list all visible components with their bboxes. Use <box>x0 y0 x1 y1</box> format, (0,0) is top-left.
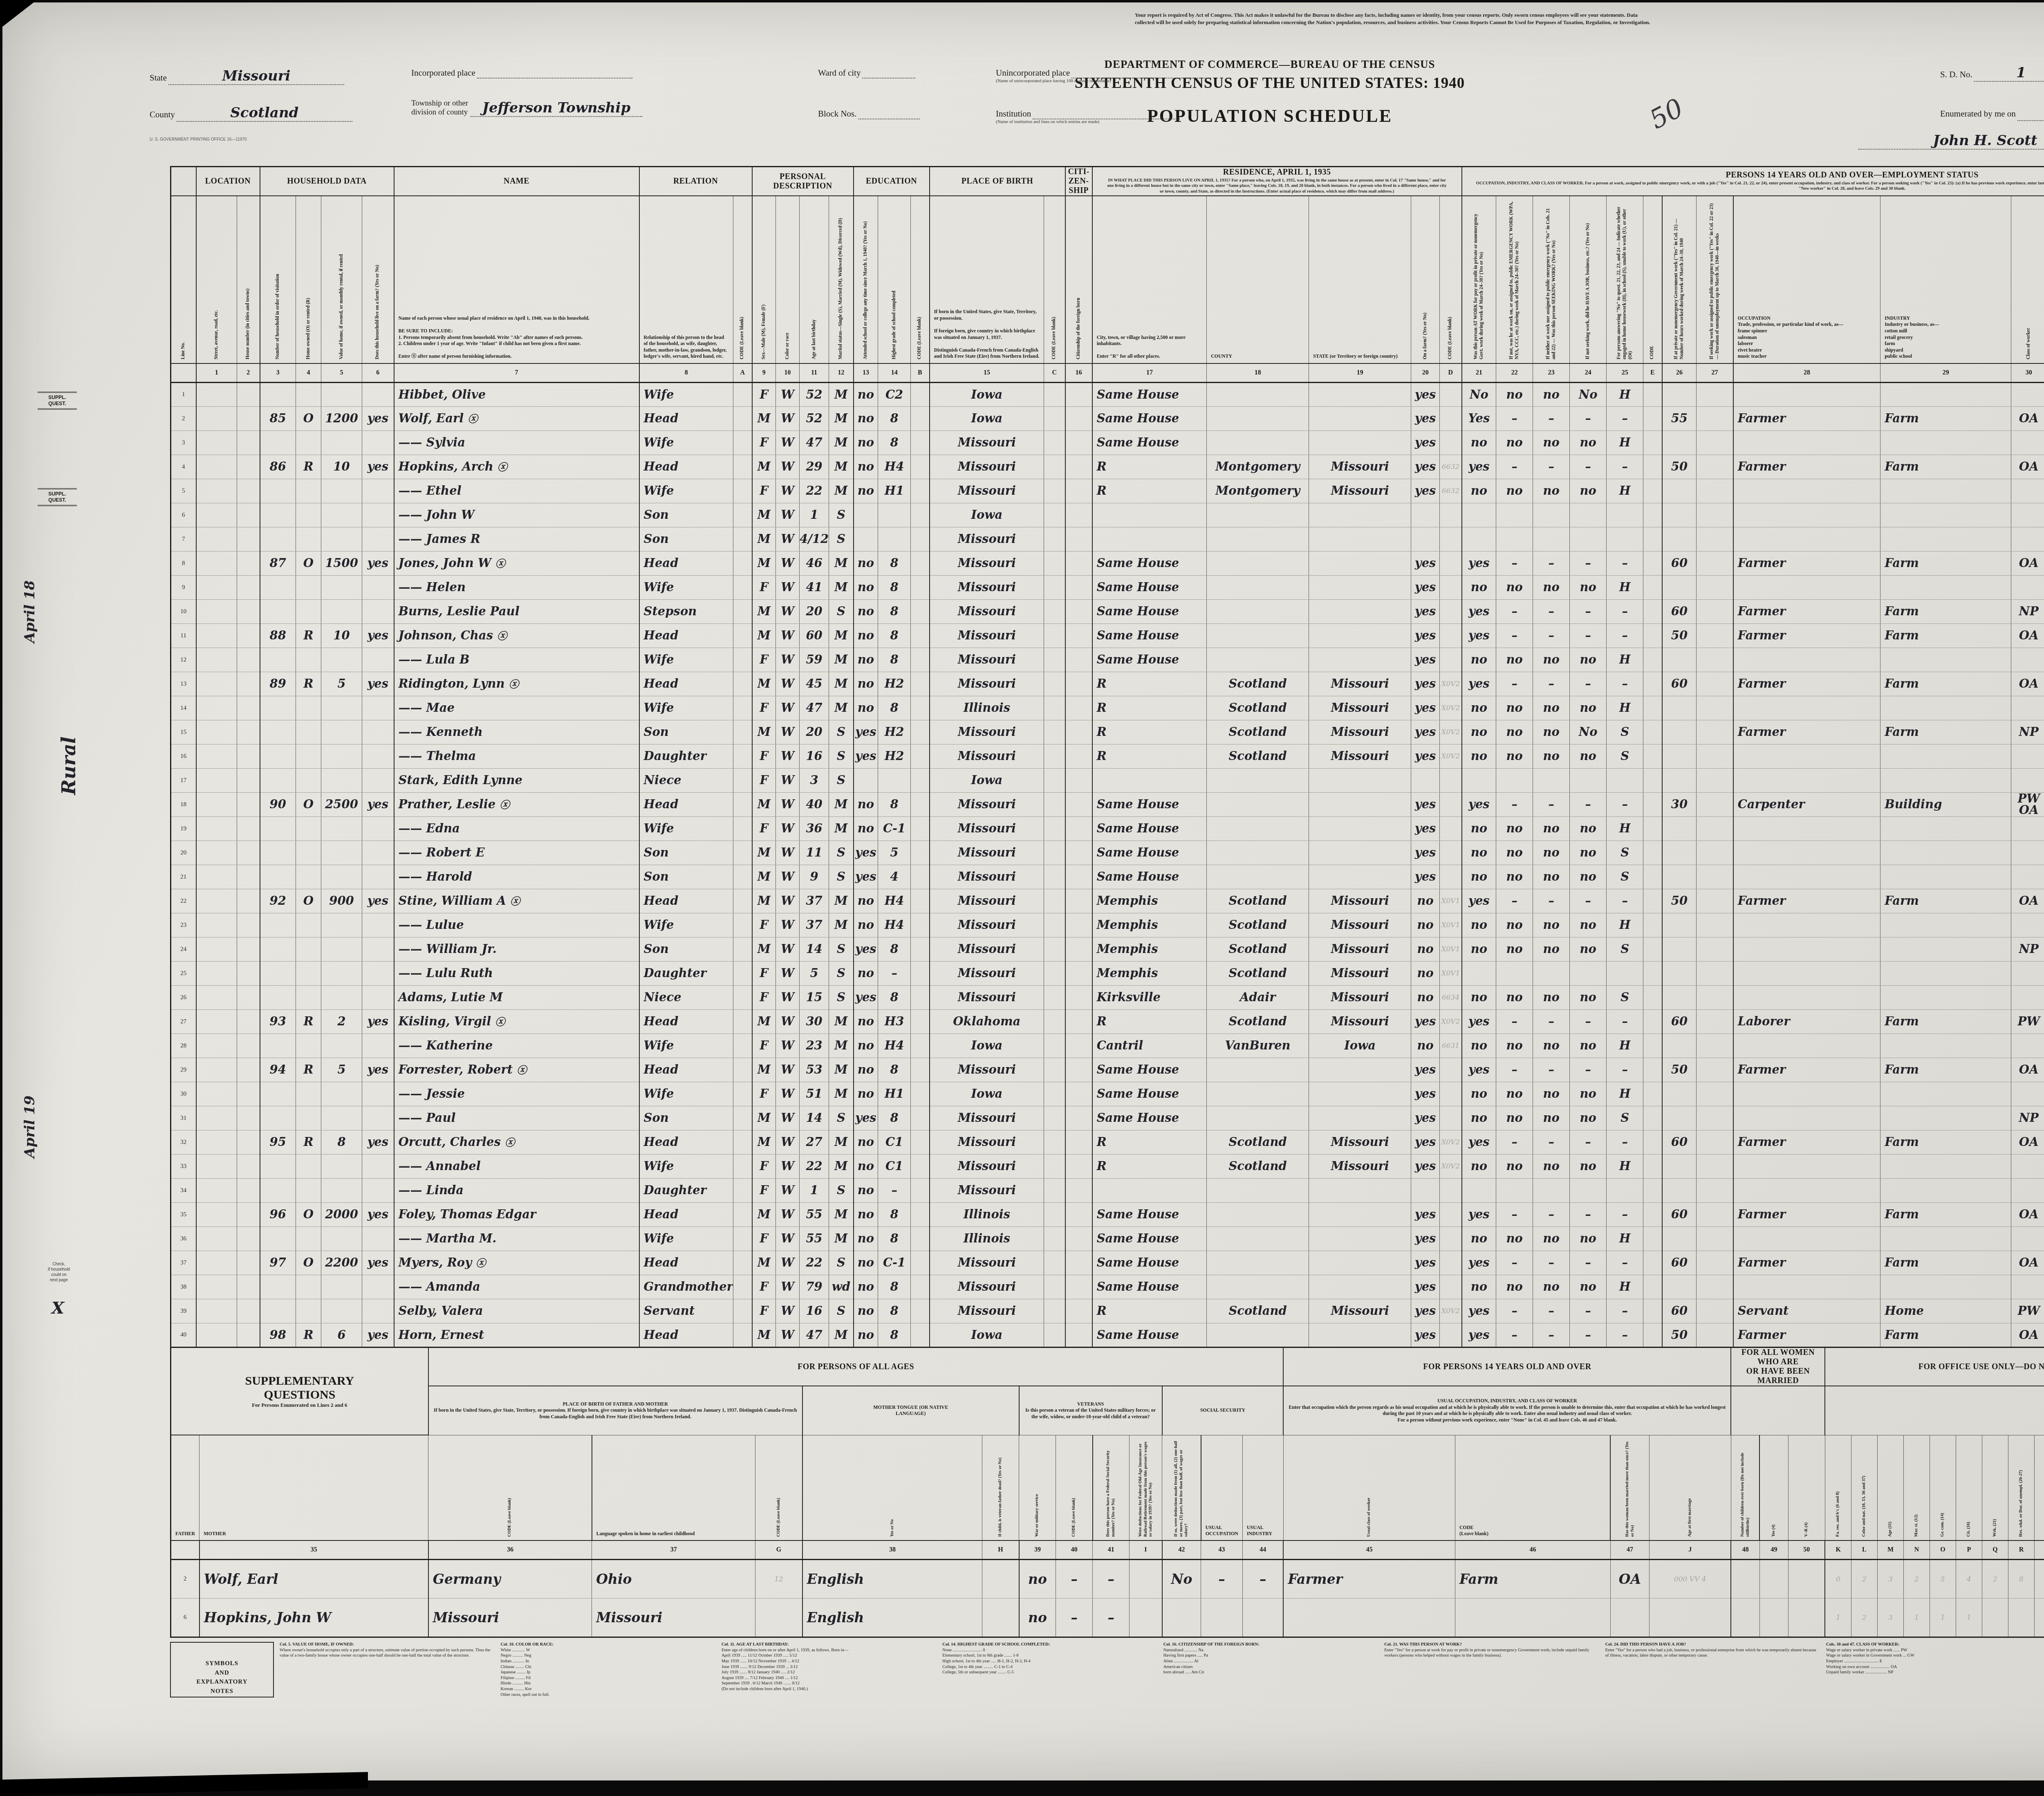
cell-ln: 33 <box>171 1155 196 1179</box>
cell-mar: S <box>829 865 854 889</box>
cell-rf: yes <box>1411 1082 1440 1106</box>
cell-age: 14 <box>800 1106 829 1130</box>
cell-w23: no <box>1533 431 1570 455</box>
cell-mar: M <box>829 455 854 479</box>
handwritten-entry: no <box>854 1257 878 1269</box>
cell-race: W <box>776 407 800 431</box>
cell-w24 <box>1570 503 1607 527</box>
cell-sex: F <box>752 696 776 720</box>
table-row: 1890O2500yesPrather, Leslie ⓧHeadMW40Mno… <box>171 793 2044 817</box>
handwritten-entry: 26 <box>171 994 196 1001</box>
cell-w22 <box>1496 527 1533 552</box>
handwritten-entry: Farm <box>1880 678 2011 690</box>
cell-ten <box>296 1106 321 1130</box>
group-header: PLACE OF BIRTH <box>930 167 1065 196</box>
handwritten-entry: OA <box>2011 1064 2044 1076</box>
cell-M: 3 <box>1877 1599 1903 1637</box>
handwritten-entry: H <box>1607 1040 1643 1052</box>
handwritten-entry: Farm <box>1880 1137 2011 1148</box>
cell-cE <box>1643 1034 1662 1058</box>
handwritten-entry: Missouri <box>930 485 1044 497</box>
check-note: Check, if household could on next page <box>42 1262 76 1283</box>
cell-cC <box>1044 817 1065 841</box>
cell-cA <box>733 1106 752 1130</box>
cell-w21: no <box>1462 841 1496 865</box>
cell-gr: 8 <box>878 648 911 672</box>
handwritten-entry: 22 <box>171 898 196 905</box>
col-caption-w24: If not seeking work, did he HAVE A JOB, … <box>1570 196 1607 363</box>
cell-house <box>237 962 260 986</box>
cell-occ: Farmer <box>1733 600 1880 624</box>
cell-fm <box>362 503 394 527</box>
cell-v41: – <box>1093 1560 1130 1599</box>
col-caption-cB: CODE (Leave blank) <box>911 196 930 363</box>
cell-hr: 55 <box>1662 407 1697 431</box>
handwritten-entry: no <box>1570 1088 1606 1100</box>
handwritten-entry: 95 <box>260 1137 296 1148</box>
cell-w21: yes <box>1462 552 1496 576</box>
cell-w48 <box>1731 1560 1759 1599</box>
cell-rp: R <box>1092 672 1207 696</box>
cell-cC <box>1044 1203 1065 1227</box>
cell-w25: S <box>1607 841 1643 865</box>
cell-cit <box>1065 1227 1092 1251</box>
cell-fm <box>362 962 394 986</box>
handwritten-entry: 22 <box>800 1257 829 1269</box>
cell-cls <box>2011 1227 2044 1251</box>
cell-w21: no <box>1462 937 1496 962</box>
cell-mar: M <box>829 431 854 455</box>
cell-rp: R <box>1092 455 1207 479</box>
cell-s42 <box>1162 1599 1201 1637</box>
col-number-P: P <box>1956 1540 1982 1560</box>
handwritten-entry: yes <box>1411 654 1439 666</box>
col-caption-cE: CODE <box>1643 196 1662 363</box>
cell-cA <box>733 1323 752 1348</box>
cell-cB <box>911 696 930 720</box>
handwritten-entry: no <box>1533 654 1569 666</box>
cell-cD: 6634 <box>1440 986 1462 1010</box>
cell-sex: M <box>752 720 776 744</box>
cell-ln: 15 <box>171 720 196 744</box>
handwritten-entry: 9 <box>800 871 829 883</box>
cell-ind: Farm <box>1880 672 2011 696</box>
note-column: Col. 14. HIGHEST GRADE OF SCHOOL COMPLET… <box>942 1642 1157 1697</box>
cell-cD <box>1440 1106 1462 1130</box>
handwritten-entry: 4 <box>171 464 196 471</box>
group-header: HOUSEHOLD DATA <box>260 167 394 196</box>
cell-rs: Missouri <box>1309 1155 1411 1179</box>
col-caption-val: Value of home, if owned, or monthly rent… <box>321 196 362 363</box>
cell-ind <box>1880 1227 2011 1251</box>
cell-un <box>1697 1058 1733 1082</box>
cell-rs: Missouri <box>1309 937 1411 962</box>
cell-w24 <box>1570 769 1607 793</box>
handwritten-entry: no <box>1570 871 1606 883</box>
cell-val <box>321 1082 362 1106</box>
cell-w21 <box>1462 527 1496 552</box>
handwritten-entry: Grandmother <box>640 1281 733 1293</box>
cell-w24: – <box>1570 1010 1607 1034</box>
cell-rel: Head <box>639 1010 733 1034</box>
cell-pob: Missouri <box>930 648 1044 672</box>
cell-fm: yes <box>362 1010 394 1034</box>
cell-street <box>196 407 237 431</box>
handwritten-entry: no <box>1496 871 1533 883</box>
cell-mar: M <box>829 889 854 913</box>
cell-fm <box>362 1106 394 1130</box>
cell-rs: Missouri <box>1309 986 1411 1010</box>
group-header: CITI- ZEN- SHIP <box>1065 167 1092 196</box>
cell-name: —— Thelma <box>394 744 639 769</box>
handwritten-entry: yes <box>1411 1233 1439 1244</box>
handwritten-entry: OA <box>2011 1257 2044 1269</box>
col-number-ln <box>171 1540 199 1560</box>
handwritten-entry: yes <box>1411 1281 1439 1293</box>
handwritten-entry: Missouri <box>930 582 1044 593</box>
cell-sch <box>854 527 878 552</box>
cell-rel: Daughter <box>639 962 733 986</box>
handwritten-entry: Same House <box>1093 1281 1207 1293</box>
cell-rf: yes <box>1411 1106 1440 1130</box>
cell-rp: R <box>1092 744 1207 769</box>
cell-rp: R <box>1092 696 1207 720</box>
handwritten-entry: 6 <box>171 1614 199 1621</box>
handwritten-entry: no <box>1020 1573 1056 1585</box>
handwritten-entry: Scotland <box>1207 968 1309 979</box>
cell-ln: 38 <box>171 1275 196 1299</box>
cell-ln: 31 <box>171 1106 196 1130</box>
col-caption-w21: Was this person AT WORK for pay or profi… <box>1462 196 1496 363</box>
cell-ind: Farm <box>1880 552 2011 576</box>
handwritten-entry: yes <box>1462 799 1496 810</box>
pencil-code: 6632 <box>1440 487 1461 495</box>
handwritten-entry: Missouri <box>1309 1161 1411 1172</box>
cell-sex: F <box>752 1227 776 1251</box>
handwritten-entry: no <box>1496 847 1533 859</box>
cell-rf: yes <box>1411 1130 1440 1155</box>
cell-rc: Scotland <box>1207 1130 1309 1155</box>
cell-rs <box>1309 1203 1411 1227</box>
handwritten-entry: F <box>753 968 776 979</box>
cell-lang: English <box>802 1599 982 1637</box>
cell-pob: Illinois <box>930 1227 1044 1251</box>
cell-rel: Wife <box>639 479 733 503</box>
col-caption-v41: War or military service <box>1019 1435 1056 1540</box>
handwritten-entry: Same House <box>1093 871 1207 883</box>
cell-hh <box>260 1155 296 1179</box>
cell-cls <box>2011 744 2044 769</box>
cell-ln: 26 <box>171 986 196 1010</box>
cell-age: 37 <box>800 913 829 937</box>
cell-val <box>321 1106 362 1130</box>
handwritten-entry: yes <box>1411 1330 1439 1341</box>
handwritten-entry: 46 <box>800 558 829 569</box>
handwritten-entry: 8 <box>878 630 910 641</box>
handwritten-entry: NP <box>2011 606 2044 617</box>
cell-cE <box>1643 407 1662 431</box>
cell-w49 <box>1759 1599 1788 1637</box>
cell-name: Johnson, Chas ⓧ <box>394 624 639 648</box>
cell-ln: 25 <box>171 962 196 986</box>
cell-cC <box>1044 648 1065 672</box>
handwritten-entry: Jones, John W ⓧ <box>394 558 639 569</box>
pencil-code: 0 <box>1825 1575 1851 1583</box>
handwritten-entry: M <box>753 1209 776 1220</box>
cell-cj <box>1649 1599 1731 1637</box>
cell-cit <box>1065 986 1092 1010</box>
handwritten-entry: – <box>1533 1330 1569 1341</box>
handwritten-entry: W <box>776 895 799 907</box>
ward-field: Ward of city <box>818 68 915 78</box>
cell-hr <box>1662 841 1697 865</box>
cell-cB <box>911 744 930 769</box>
group-header: FOR PERSONS OF ALL AGES <box>428 1348 1284 1386</box>
note-column: Col. 5. VALUE OF HOME, IF OWNED:Where ow… <box>280 1642 495 1697</box>
handwritten-entry: Farmer <box>1734 606 1880 617</box>
cell-val <box>321 937 362 962</box>
cell-sch: yes <box>854 865 878 889</box>
cell-pob: Missouri <box>930 889 1044 913</box>
cell-ln: 19 <box>171 817 196 841</box>
cell-rel: Wife <box>639 696 733 720</box>
cell-race: W <box>776 1251 800 1275</box>
cell-sch: no <box>854 407 878 431</box>
cell-rc <box>1207 527 1309 552</box>
cell-rp: Cantril <box>1092 1034 1207 1058</box>
cell-rel: Son <box>639 865 733 889</box>
cell-w22: no <box>1496 841 1533 865</box>
cell-rs <box>1309 527 1411 552</box>
cell-rf: no <box>1411 1034 1440 1058</box>
cell-street <box>196 552 237 576</box>
cell-hr: 50 <box>1662 624 1697 648</box>
cell-w50 <box>1788 1560 1825 1599</box>
handwritten-entry: no <box>854 1209 878 1220</box>
schedule-body: LOCATIONHOUSEHOLD DATANAMERELATIONPERSON… <box>170 166 2044 1697</box>
cell-val: 5 <box>321 1058 362 1082</box>
cell-house <box>237 1203 260 1227</box>
cell-race: W <box>776 913 800 937</box>
cell-val: 8 <box>321 1130 362 1155</box>
pencil-code: X0V1 <box>1440 921 1461 929</box>
cell-w21: Yes <box>1462 407 1496 431</box>
col-caption-rf: On a farm? (Yes or No) <box>1411 196 1440 363</box>
cell-un <box>1697 1179 1733 1203</box>
cell-cD <box>1440 793 1462 817</box>
handwritten-entry: 40 <box>800 799 829 810</box>
note-column: Col. 21. WAS THIS PERSON AT WORK?Enter "… <box>1384 1642 1599 1697</box>
cell-w21: yes <box>1462 1251 1496 1275</box>
cell-cD: X0V2 <box>1440 672 1462 696</box>
handwritten-entry: M <box>829 437 853 448</box>
cell-pob: Missouri <box>930 431 1044 455</box>
cell-w21: no <box>1462 431 1496 455</box>
handwritten-entry: W <box>776 1305 799 1317</box>
department-title: DEPARTMENT OF COMMERCE—BUREAU OF THE CEN… <box>779 58 1760 71</box>
handwritten-entry: 8 <box>171 560 196 567</box>
cell-fm: yes <box>362 1251 394 1275</box>
handwritten-entry: yes <box>362 1064 394 1076</box>
cell-rs <box>1309 552 1411 576</box>
handwritten-entry: no <box>1533 944 1569 955</box>
handwritten-entry: H <box>1607 1281 1643 1293</box>
handwritten-entry: Wife <box>640 389 733 401</box>
cell-cit <box>1065 817 1092 841</box>
handwritten-entry: – <box>1496 678 1533 690</box>
handwritten-entry: Head <box>640 895 733 907</box>
handwritten-entry: Wolf, Earl ⓧ <box>394 413 639 424</box>
cell-fm: yes <box>362 672 394 696</box>
handwritten-entry: —— Sylvia <box>394 437 639 448</box>
handwritten-entry: Farm <box>1880 606 2011 617</box>
cell-street <box>196 841 237 865</box>
handwritten-entry: Son <box>640 847 733 859</box>
cell-cA <box>733 1058 752 1082</box>
cell-ten: O <box>296 793 321 817</box>
cell-w22: – <box>1496 407 1533 431</box>
cell-cls <box>2011 576 2044 600</box>
handwritten-entry: no <box>854 919 878 931</box>
cell-rs: Missouri <box>1309 1299 1411 1323</box>
cell-w24: no <box>1570 841 1607 865</box>
cell-occ: Farmer <box>1733 889 1880 913</box>
handwritten-entry: W <box>776 944 799 955</box>
col-number-rel: 8 <box>639 363 733 383</box>
pencil-code: 6631 <box>1440 1042 1461 1050</box>
cell-sex: F <box>752 986 776 1010</box>
pencil-code: X0V2 <box>1440 680 1461 688</box>
handwritten-entry: H4 <box>878 919 910 931</box>
handwritten-entry: – <box>1607 558 1643 569</box>
col-number-s43: 43 <box>1201 1540 1243 1560</box>
cell-rs: Missouri <box>1309 479 1411 503</box>
handwritten-entry: —— Katherine <box>394 1040 639 1052</box>
cell-mar: S <box>829 720 854 744</box>
group-header: FOR PERSONS 14 YEARS OLD AND OVER <box>1283 1348 1731 1386</box>
cell-occ <box>1733 1155 1880 1179</box>
handwritten-entry: Hibbet, Olive <box>394 389 639 401</box>
handwritten-entry: no <box>1570 944 1606 955</box>
cell-w23: no <box>1533 1082 1570 1106</box>
handwritten-entry: – <box>1570 558 1606 569</box>
handwritten-entry: S <box>1607 751 1643 762</box>
handwritten-entry: no <box>1496 582 1533 593</box>
cell-un <box>1697 1203 1733 1227</box>
cell-ten <box>296 769 321 793</box>
col-number-cC: C <box>1044 363 1065 383</box>
table-row: 39Selby, ValeraServantFW16Sno8MissouriRS… <box>171 1299 2044 1323</box>
cell-hr <box>1662 503 1697 527</box>
cell-occ <box>1733 962 1880 986</box>
handwritten-entry: no <box>1462 1040 1496 1052</box>
cell-ind <box>1880 865 2011 889</box>
cell-race: W <box>776 793 800 817</box>
cell-gr: 8 <box>878 624 911 648</box>
handwritten-entry: W <box>776 1233 799 1244</box>
handwritten-entry: Illinois <box>930 1233 1044 1244</box>
col-number-v40: 40 <box>1056 1540 1093 1560</box>
handwritten-entry: – <box>1201 1573 1242 1585</box>
cell-sch: no <box>854 624 878 648</box>
cell-sex: M <box>752 889 776 913</box>
handwritten-entry: yes <box>1462 895 1496 907</box>
col-number-w23: 23 <box>1533 363 1570 383</box>
cell-w24: – <box>1570 1058 1607 1082</box>
cell-val <box>321 913 362 937</box>
cell-ind: Farm <box>1880 1203 2011 1227</box>
cell-rc: Scotland <box>1207 937 1309 962</box>
cell-ten <box>296 600 321 624</box>
handwritten-entry: no <box>1462 992 1496 1003</box>
cell-cE <box>1643 937 1662 962</box>
cell-cA <box>733 600 752 624</box>
cell-hr <box>1662 576 1697 600</box>
cell-cC <box>1044 1010 1065 1034</box>
cell-pob: Missouri <box>930 1299 1044 1323</box>
cell-cC <box>1044 624 1065 648</box>
handwritten-entry: M <box>753 871 776 883</box>
col-caption-s44: If so, were deductions made from (1) all… <box>1162 1435 1201 1540</box>
cell-house <box>237 1227 260 1251</box>
group-header: RESIDENCE, APRIL 1, 1935IN WHAT PLACE DI… <box>1092 167 1462 196</box>
cell-val: 900 <box>321 889 362 913</box>
cell-gr: H4 <box>878 913 911 937</box>
cell-hh: 87 <box>260 552 296 576</box>
page-stamp-50: 50 <box>1645 93 1688 135</box>
handwritten-entry: Orcutt, Charles ⓧ <box>394 1137 639 1148</box>
cell-rs: Missouri <box>1309 1130 1411 1155</box>
cell-rc <box>1207 817 1309 841</box>
handwritten-entry: W <box>776 1161 799 1172</box>
cell-w25: S <box>1607 865 1643 889</box>
cell-cD: 6632 <box>1440 455 1462 479</box>
cell-mar: M <box>829 672 854 696</box>
cell-w24: no <box>1570 937 1607 962</box>
pencil-code: 1 <box>1930 1614 1956 1622</box>
handwritten-entry: F <box>753 1161 776 1172</box>
cell-cit <box>1065 383 1092 407</box>
cell-rp: Same House <box>1092 1275 1207 1299</box>
cell-s44 <box>1242 1599 1283 1637</box>
handwritten-entry: W <box>776 1257 799 1269</box>
cell-sex: F <box>752 479 776 503</box>
cell-cls: NP <box>2011 1106 2044 1130</box>
cell-mar: M <box>829 1082 854 1106</box>
handwritten-entry: M <box>753 1257 776 1269</box>
handwritten-entry: Daughter <box>640 1185 733 1196</box>
cell-fm <box>362 1082 394 1106</box>
handwritten-entry: no <box>1411 919 1439 931</box>
handwritten-entry: Yes <box>1462 413 1496 424</box>
handwritten-entry: – <box>1607 1016 1643 1027</box>
handwritten-entry: Same House <box>1093 1257 1207 1269</box>
handwritten-entry: Same House <box>1093 823 1207 834</box>
cell-ind: Farm <box>1880 624 2011 648</box>
col-caption-Q: Gr. com. (14) <box>1930 1435 1956 1540</box>
cell-s42: No <box>1162 1560 1201 1599</box>
cell-age: 51 <box>800 1082 829 1106</box>
cell-ind <box>1880 479 2011 503</box>
col-caption-U: Occupation, industry, and class of worke… <box>2034 1435 2044 1540</box>
cell-rel: Wife <box>639 1082 733 1106</box>
cell-cD <box>1440 1323 1462 1348</box>
cell-cC <box>1044 769 1065 793</box>
handwritten-entry: Stepson <box>640 606 733 617</box>
cell-rel: Wife <box>639 1227 733 1251</box>
cell-occ <box>1733 986 1880 1010</box>
handwritten-entry: Same House <box>1093 1088 1207 1100</box>
